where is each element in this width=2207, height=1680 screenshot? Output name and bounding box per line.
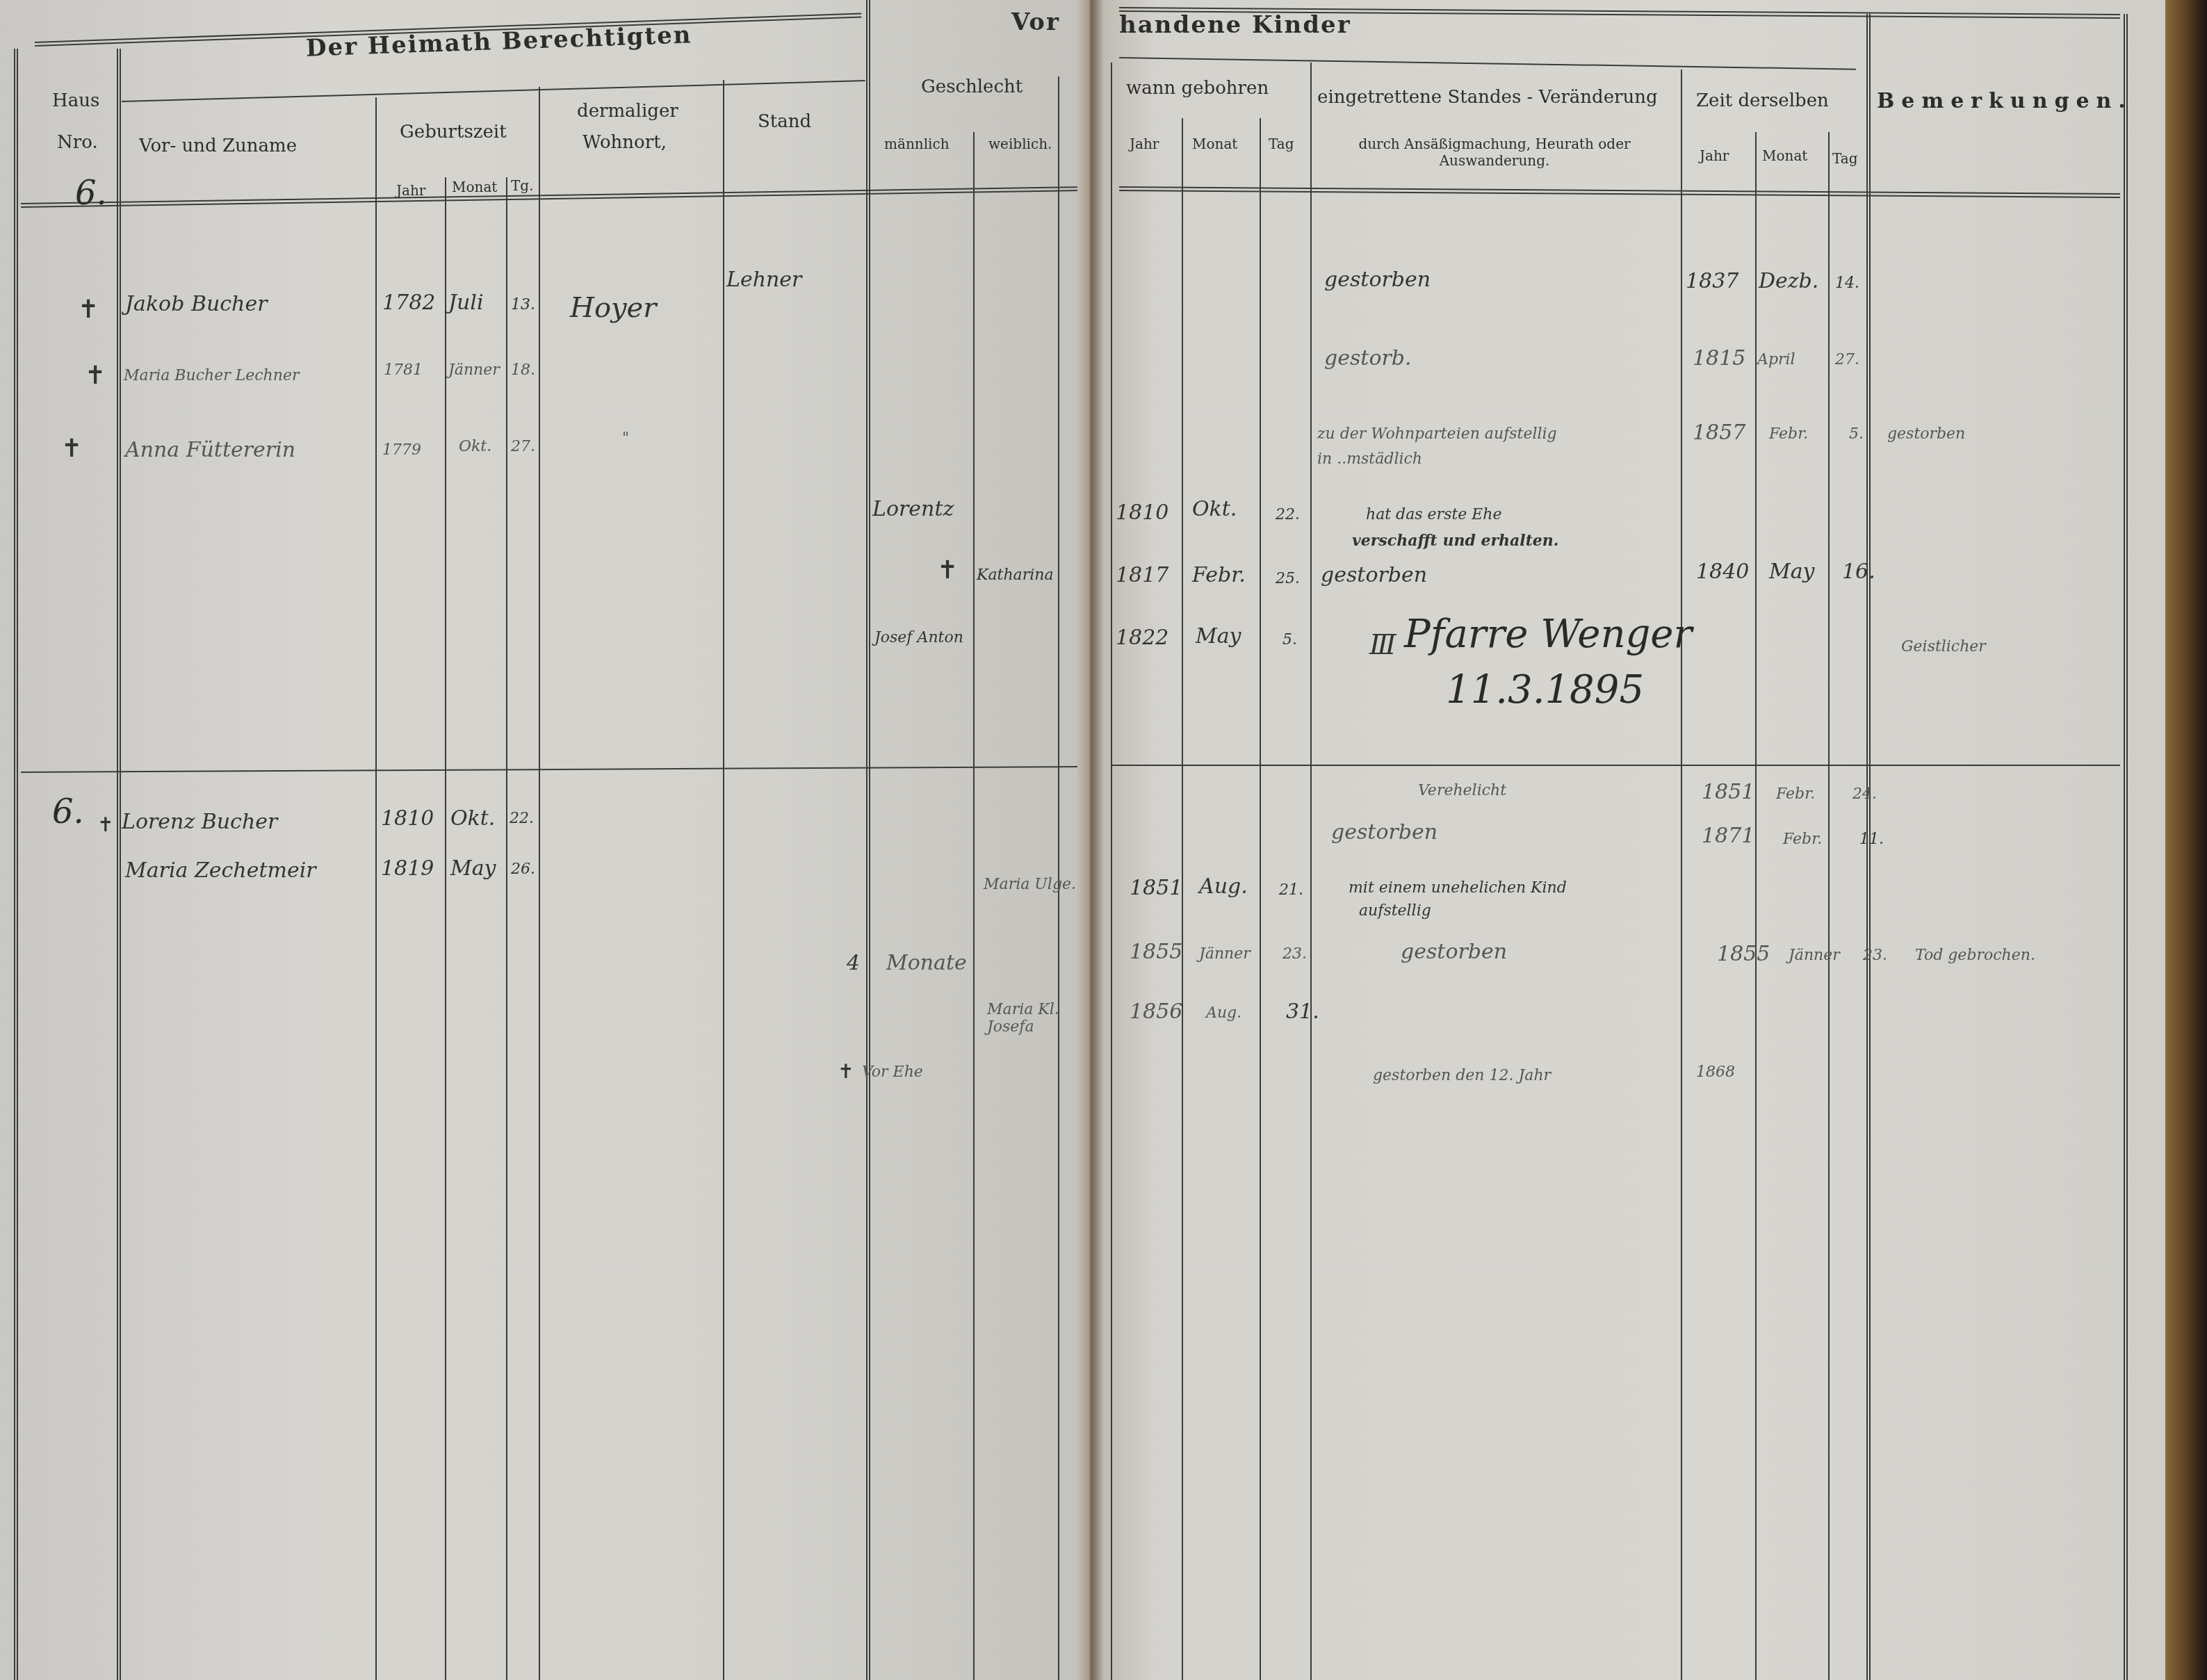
col-header-kinder-jahr: Jahr: [1130, 136, 1159, 152]
book-cover-edge: [2165, 0, 2207, 1680]
col-header-maennlich: männlich: [884, 136, 950, 152]
change-day: 27.: [1835, 351, 1859, 368]
col-header-kinder-tag: Tag: [1269, 136, 1294, 152]
child-birth-day: 5.: [1282, 631, 1297, 649]
parish-annotation: Pfarre Wenger: [1404, 612, 1692, 657]
change-day: 24.: [1852, 785, 1877, 803]
child-birth-day: 31.: [1286, 1000, 1319, 1024]
col-header-name: Vor- und Zuname: [139, 136, 297, 156]
deceased-mark: ✝: [61, 434, 82, 463]
change-entry: zu der Wohnparteien aufstellig: [1317, 425, 1557, 443]
col-header-zeit-tag: Tag: [1832, 150, 1858, 167]
child-birth-month: Aug.: [1199, 874, 1248, 899]
change-year: 1855: [1717, 942, 1770, 966]
deceased-mark: ✝: [78, 295, 99, 324]
change-month: Febr.: [1776, 785, 1815, 803]
child-change: mit einem unehelichen Kind: [1349, 879, 1567, 897]
birth-year: 1781: [384, 361, 423, 379]
child-change-line2: verschafft und erhalten.: [1352, 532, 1558, 550]
change-entry-line2: in ..mstädlich: [1317, 450, 1422, 468]
col-header-tag: Tg.: [511, 177, 534, 194]
change-day: 14.: [1835, 275, 1859, 292]
birth-month: Jänner: [448, 361, 500, 379]
col-header-geschlecht: Geschlecht: [921, 76, 1023, 97]
col-header-zeit-derselben: Zeit derselben: [1696, 90, 1829, 111]
deceased-mark: ✝: [97, 813, 113, 836]
parish-annotation-date: 11.3.1895: [1446, 667, 1644, 712]
col-header-zeit-jahr: Jahr: [1700, 147, 1729, 164]
birth-year: 1782: [382, 291, 435, 315]
annotation-mark: Ⅲ: [1369, 629, 1396, 661]
rule-col-zeit-jahr: [1681, 70, 1682, 1680]
change-year: 1837: [1686, 269, 1738, 293]
child-change: gestorben: [1401, 940, 1507, 964]
rule-col-haus: [117, 49, 121, 1680]
child-birth-day: 23.: [1282, 945, 1307, 963]
child-birth-year: 1822: [1116, 626, 1168, 650]
col-header-kinder-monat: Monat: [1192, 136, 1237, 152]
child-name-female: Maria Kl. Josefa: [987, 1001, 1091, 1036]
birth-year: 1819: [381, 856, 434, 881]
child-birth-year: 1851: [1130, 876, 1182, 900]
child-birth-day: 25.: [1276, 570, 1300, 587]
child-birth-day: 21.: [1279, 881, 1303, 899]
change-day: 11.: [1859, 831, 1884, 848]
child-change: gestorben: [1321, 563, 1427, 587]
col-header-nro: Nro.: [57, 132, 98, 153]
col-header-wohnort-2: Wohnort,: [583, 132, 667, 153]
col-header-wohnort-1: dermaliger: [577, 101, 678, 122]
child-birth-month: Okt.: [1192, 497, 1237, 521]
name-entry: Maria Zechetmeir: [125, 858, 316, 883]
rule-col-margin: [14, 49, 18, 1680]
child-birth-month: May: [1196, 624, 1241, 649]
change-month: May: [1769, 560, 1815, 584]
child-change-line2: aufstellig: [1359, 902, 1431, 920]
col-header-zeit-monat: Monat: [1762, 147, 1807, 164]
remark-entry: gestorben: [1887, 425, 1965, 443]
col-header-standes-sub: durch Ansäßigmachung, Heurath oder Auswa…: [1321, 136, 1668, 169]
rule-col-stand-change: [1310, 63, 1312, 1680]
change-day: 16.: [1842, 560, 1875, 584]
wohnort-ditto: ": [622, 430, 629, 447]
col-header-wann-gebohren: wann gebohren: [1126, 78, 1269, 99]
col-header-bemerkungen: Bemerkungen.: [1877, 89, 2133, 113]
rule-block-separator-right: [1112, 765, 2120, 766]
remark-entry: Tod gebrochen.: [1915, 947, 2035, 964]
child-change: hat das erste Ehe: [1366, 506, 1502, 523]
name-entry: Maria Bucher Lechner: [124, 367, 299, 384]
change-entry: gestorben: [1331, 820, 1438, 845]
child-birth-day: 22.: [1276, 506, 1300, 523]
change-month: Jänner: [1789, 947, 1840, 964]
child-name-male: Vor Ehe: [862, 1063, 923, 1081]
section-title-vor: Vor: [1011, 8, 1060, 36]
rule-col-stand: [866, 0, 870, 1680]
child-name-female: Maria Ulge.: [984, 876, 1076, 893]
child-birth-year: 1856: [1130, 1000, 1182, 1024]
child-birth-year: 1810: [1116, 500, 1168, 525]
change-entry: gestorben: [1324, 268, 1431, 292]
birth-month: Juli: [448, 291, 484, 315]
change-month: Febr.: [1769, 425, 1808, 443]
birth-month: Okt.: [450, 806, 495, 831]
col-header-standes-veraenderung: eingetrettene Standes - Veränderung: [1317, 87, 1658, 108]
rule-col-wohnort: [723, 80, 724, 1680]
name-entry: Lorenz Bucher: [122, 810, 277, 834]
deceased-mark: ✝: [85, 361, 106, 390]
child-birth-month: Jänner: [1199, 945, 1251, 963]
change-day: 23.: [1863, 947, 1887, 964]
col-header-weiblich: weiblich.: [988, 136, 1052, 152]
deceased-mark: ✝: [838, 1060, 854, 1083]
birth-day: 13.: [511, 296, 535, 313]
rule-col-maennlich: [973, 132, 975, 1680]
rule-right-margin: [2124, 14, 2128, 1680]
name-entry: Jakob Bucher: [125, 292, 267, 316]
section-title-kinder: handene Kinder: [1119, 11, 1351, 39]
change-year: 1871: [1702, 824, 1754, 848]
change-month: Febr.: [1783, 831, 1822, 848]
child-change: gestorben den 12. Jahr: [1373, 1067, 1551, 1084]
change-day: 5.: [1849, 425, 1864, 443]
col-header-haus: Haus: [52, 90, 99, 111]
birth-month: May: [450, 856, 496, 881]
rule-col-kinder-jahr: [1111, 63, 1112, 1680]
birth-day: 27.: [511, 438, 535, 455]
child-birth-month: Febr.: [1192, 563, 1246, 587]
child-birth-year: 1855: [1130, 940, 1182, 964]
deceased-mark: ✝: [937, 556, 958, 585]
child-name-female: Katharina: [977, 566, 1054, 584]
change-month: Dezb.: [1759, 269, 1818, 293]
stand-entry: Lehner: [726, 268, 801, 292]
remark-entry: Geistlicher: [1901, 638, 1986, 655]
change-year: 1815: [1693, 346, 1745, 370]
child-birth-year: 1817: [1116, 563, 1168, 587]
child-name-male: Lorentz: [872, 497, 954, 521]
haus-number-header: 6.: [75, 174, 107, 213]
birth-month: Okt.: [459, 438, 491, 455]
haus-number: 6.: [52, 792, 84, 831]
rule-col-name: [375, 97, 377, 1680]
birth-day: 18.: [511, 361, 535, 379]
col-header-jahr: Jahr: [396, 182, 425, 199]
child-name-male: Monate: [886, 951, 967, 975]
birth-day: 26.: [511, 861, 535, 878]
col-header-stand: Stand: [758, 111, 811, 132]
rule-col-zeit-tag: [1828, 132, 1830, 1680]
left-page: [0, 0, 1091, 1680]
col-header-geburtszeit: Geburtszeit: [400, 122, 507, 142]
right-page: [1091, 0, 2165, 1680]
change-month: April: [1757, 351, 1795, 368]
rule-col-jahr: [445, 177, 446, 1680]
name-entry: Anna Füttererin: [125, 438, 295, 462]
rule-col-monat: [506, 177, 507, 1680]
wohnort-entry: Hoyer: [570, 292, 656, 324]
rule-col-zeit-monat: [1755, 132, 1757, 1680]
book-gutter: [1076, 0, 1104, 1680]
birth-year: 1810: [381, 806, 434, 831]
change-entry: Verehelicht: [1418, 782, 1506, 799]
birth-day: 22.: [510, 810, 534, 827]
change-year: 1868: [1696, 1063, 1735, 1081]
change-year: 1851: [1702, 780, 1754, 804]
child-name-male: Josef Anton: [874, 629, 963, 646]
change-entry: gestorb.: [1324, 346, 1412, 370]
child-age-mark: 4: [847, 951, 860, 975]
birth-year: 1779: [382, 441, 421, 459]
change-year: 1857: [1693, 421, 1745, 445]
child-birth-month: Aug.: [1206, 1004, 1241, 1022]
change-year: 1840: [1696, 560, 1749, 584]
rule-col-tag: [539, 87, 540, 1680]
rule-col-kinder-tag: [1260, 118, 1261, 1680]
col-header-monat: Monat: [452, 179, 497, 195]
